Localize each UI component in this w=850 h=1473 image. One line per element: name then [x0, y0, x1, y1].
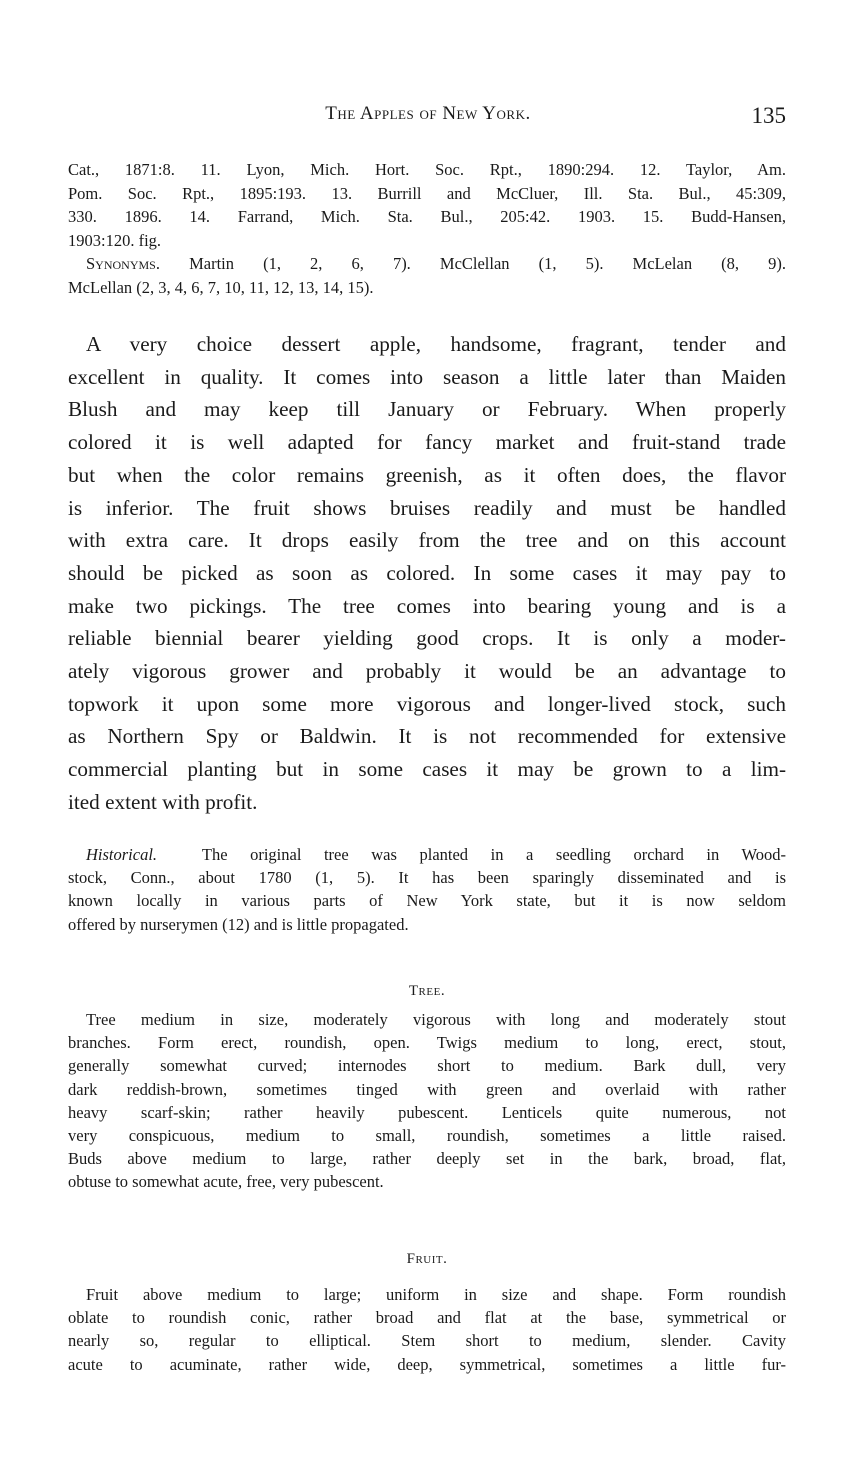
- synonyms-line: McLellan (2, 3, 4, 6, 7, 10, 11, 12, 13,…: [68, 276, 786, 300]
- reference-line: Pom. Soc. Rpt., 1895:193. 13. Burrill an…: [68, 182, 786, 206]
- description-line: A very choice dessert apple, handsome, f…: [68, 328, 786, 361]
- tree-heading: Tree.: [68, 983, 786, 1000]
- references-block: Cat., 1871:8. 11. Lyon, Mich. Hort. Soc.…: [68, 158, 786, 252]
- description-line: topwork it upon some more vigorous and l…: [68, 688, 786, 721]
- description-line: with extra care. It drops easily from th…: [68, 524, 786, 557]
- synonyms-text: Martin (1, 2, 6, 7). McClellan (1, 5). M…: [189, 254, 786, 273]
- tree-line: heavy scarf-skin; rather heavily pubesce…: [68, 1101, 786, 1124]
- historical-line: offered by nurserymen (12) and is little…: [68, 913, 786, 936]
- description-line: ited extent with profit.: [68, 786, 786, 819]
- description-paragraph: A very choice dessert apple, handsome, f…: [68, 328, 786, 819]
- tree-line: generally somewhat curved; internodes sh…: [68, 1054, 786, 1077]
- description-line: reliable biennial bearer yielding good c…: [68, 622, 786, 655]
- tree-line: dark reddish-brown, sometimes tinged wit…: [68, 1078, 786, 1101]
- reference-line: 1903:120. fig.: [68, 229, 786, 253]
- description-line: excellent in quality. It comes into seas…: [68, 361, 786, 394]
- historical-label: Historical.: [86, 845, 157, 864]
- description-line: ately vigorous grower and probably it wo…: [68, 655, 786, 688]
- fruit-line: acute to acuminate, rather wide, deep, s…: [68, 1353, 786, 1376]
- synonyms-block: Synonyms. Martin (1, 2, 6, 7). McClellan…: [68, 252, 786, 299]
- reference-line: 330. 1896. 14. Farrand, Mich. Sta. Bul.,…: [68, 205, 786, 229]
- fruit-line: Fruit above medium to large; uniform in …: [68, 1283, 786, 1306]
- tree-line: obtuse to somewhat acute, free, very pub…: [68, 1170, 786, 1193]
- description-line: commercial planting but in some cases it…: [68, 753, 786, 786]
- fruit-line: oblate to roundish conic, rather broad a…: [68, 1306, 786, 1329]
- tree-line: branches. Form erect, roundish, open. Tw…: [68, 1031, 786, 1054]
- running-title: The Apples of New York.: [68, 103, 788, 125]
- description-line: but when the color remains greenish, as …: [68, 459, 786, 492]
- tree-line: Tree medium in size, moderately vigorous…: [68, 1008, 786, 1031]
- tree-line: very conspicuous, medium to small, round…: [68, 1124, 786, 1147]
- fruit-paragraph: Fruit above medium to large; uniform in …: [68, 1283, 786, 1376]
- book-page: The Apples of New York. 135 Cat., 1871:8…: [0, 0, 850, 1473]
- fruit-line: nearly so, regular to elliptical. Stem s…: [68, 1329, 786, 1352]
- description-line: make two pickings. The tree comes into b…: [68, 590, 786, 623]
- historical-line: known locally in various parts of New Yo…: [68, 889, 786, 912]
- description-line: colored it is well adapted for fancy mar…: [68, 426, 786, 459]
- synonyms-line: Synonyms. Martin (1, 2, 6, 7). McClellan…: [68, 252, 786, 276]
- fruit-heading: Fruit.: [68, 1251, 786, 1268]
- description-line: should be picked as soon as colored. In …: [68, 557, 786, 590]
- reference-line: Cat., 1871:8. 11. Lyon, Mich. Hort. Soc.…: [68, 158, 786, 182]
- historical-line: Historical. The original tree was plante…: [68, 843, 786, 866]
- running-head: The Apples of New York. 135: [68, 103, 788, 133]
- description-line: Blush and may keep till January or Febru…: [68, 393, 786, 426]
- historical-line: stock, Conn., about 1780 (1, 5). It has …: [68, 866, 786, 889]
- tree-line: Buds above medium to large, rather deepl…: [68, 1147, 786, 1170]
- description-line: as Northern Spy or Baldwin. It is not re…: [68, 720, 786, 753]
- description-line: is inferior. The fruit shows bruises rea…: [68, 492, 786, 525]
- page-number: 135: [752, 103, 787, 129]
- synonyms-label: Synonyms.: [86, 254, 160, 273]
- tree-paragraph: Tree medium in size, moderately vigorous…: [68, 1008, 786, 1194]
- historical-paragraph: Historical. The original tree was plante…: [68, 843, 786, 936]
